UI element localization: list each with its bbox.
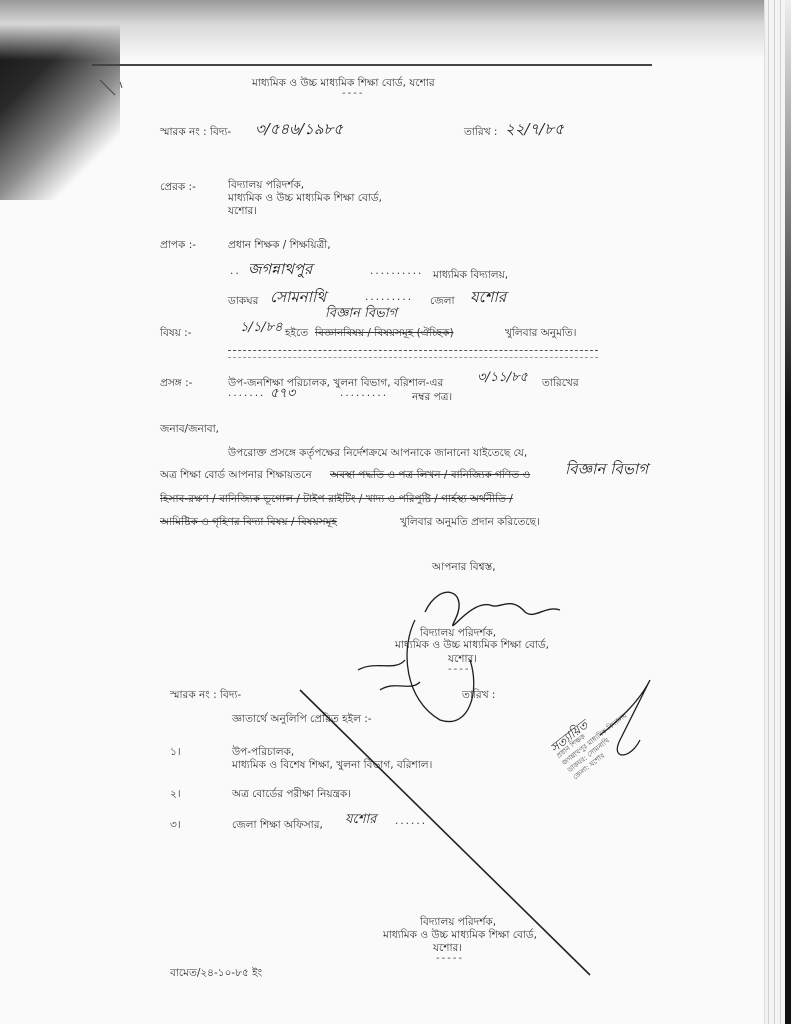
signature-overlay: [0, 0, 791, 1024]
cancel-line: [300, 690, 590, 975]
stamp-signature: [600, 680, 650, 755]
signature-3: [358, 660, 420, 690]
scribble-left: [100, 80, 122, 95]
signature-2: [407, 620, 474, 722]
signature-1: [425, 592, 560, 625]
